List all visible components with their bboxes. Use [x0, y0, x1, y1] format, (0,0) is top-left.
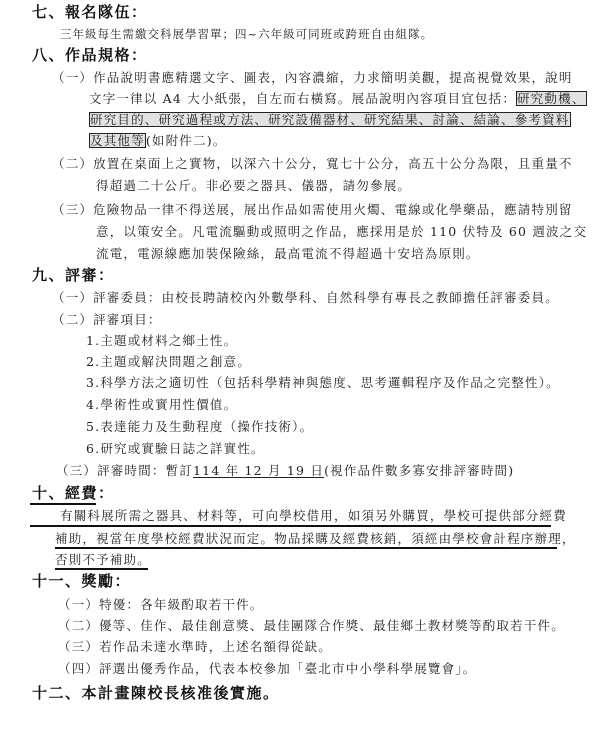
section-8-item-1-line-4: 及其他等(如附件二)。 — [89, 133, 226, 149]
section-8-item-1-line-1: （一）作品說明書應精選文字、圖表，內容濃縮，力求簡明美觀，提高視覺效果，說明 — [52, 70, 573, 86]
section-10-line-2: 補助，視當年度學校經費狀況而定。物品採購及經費核銷，須經由學校會計程序辦理， — [55, 531, 576, 547]
section-10-line-3: 否則不予補助。 — [55, 552, 151, 568]
criteria-item: 2.主題或解決問題之創意。 — [86, 354, 251, 370]
award-item: （三）若作品未達水準時，上述名額得從缺。 — [58, 639, 332, 655]
section-8-item-2-line-1: （二）放置在桌面上之實物，以深六十公分，寬七十公分，高五十公分為限，且重量不 — [52, 156, 573, 172]
criteria-item: 6.研究或實驗日誌之詳實性。 — [86, 441, 265, 457]
highlighted-text: 及其他等 — [89, 133, 146, 148]
section-8-item-1-line-2: 文字一律以 A4 大小紙張，自左而右橫寫。展品說明內容項目宜包括：研究動機、 — [89, 91, 587, 107]
section-8-item-2-line-2: 得超過二十公斤。非必要之器具、儀器，請勿參展。 — [96, 178, 411, 194]
section-8-item-3-line-3: 流電，電源線應加裝保險絲，最高電流不得超過十安培為原則。 — [96, 246, 480, 262]
section-8-heading: 八、作品規格： — [32, 46, 148, 64]
criteria-item: 3.科學方法之適切性（包括科學精神與態度、思考邏輯程序及作品之完整性）。 — [86, 375, 560, 391]
section-8-item-3-line-1: （三）危險物品一律不得送展，展出作品如需使用火燭、電線或化學藥品，應請特別留 — [52, 202, 573, 218]
section-12-heading: 十二、本計畫陳校長核准後實施。 — [32, 684, 280, 702]
section-9-heading: 九、評審： — [32, 266, 115, 284]
review-time-note: (視作品件數多寡安排評審時間) — [324, 463, 514, 478]
section-8-item-3-line-2: 意，以策安全。凡電流驅動或照明之作品，應採用是於 110 伏特及 60 週波之交 — [96, 224, 587, 240]
section-8-item-1-line-3: 研究目的、研究過程或方法、研究設備器材、研究結果、討論、結論、參考資料 — [89, 112, 571, 128]
criteria-item: 4.學術性或實用性價值。 — [86, 397, 237, 413]
text-underline — [55, 568, 148, 570]
section-7-heading: 七、報名隊伍： — [32, 3, 148, 21]
criteria-item: 5.表達能力及生動程度（操作技術）。 — [86, 419, 313, 435]
criteria-item: 1.主題或材料之鄉土性。 — [86, 333, 237, 349]
heading-underline — [30, 503, 96, 505]
highlighted-text: 研究動機、 — [516, 91, 587, 106]
review-date: 114 年 12 月 19 日 — [193, 463, 324, 478]
section-9-item-1: （一）評審委員：由校長聘請校內外數學科、自然科學有專長之教師擔任評審委員。 — [52, 290, 559, 306]
highlighted-text: 研究目的、研究過程或方法、研究設備器材、研究結果、討論、結論、參考資料 — [89, 112, 571, 127]
section-8-item-1-line-2-text: 文字一律以 A4 大小紙張，自左而右橫寫。展品說明內容項目宜包括： — [89, 91, 516, 106]
section-8-item-1-line-4-text: (如附件二)。 — [146, 133, 227, 148]
text-underline — [55, 547, 557, 549]
award-item: （四）評選出優秀作品，代表本校參加「臺北市中小學科學展覽會」。 — [58, 661, 476, 677]
section-9-item-3: （三）評審時間：暫訂114 年 12 月 19 日(視作品件數多寡安排評審時間) — [56, 463, 514, 479]
section-11-heading: 十一、獎勵： — [32, 572, 131, 590]
section-10-line-1: 有關科展所需之器具、材料等，可向學校借用，如須另外購買，學校可提供部分經費 — [60, 508, 567, 524]
award-item: （一）特優：各年級酌取若干件。 — [58, 597, 264, 613]
section-9-item-2: （二）評審項目： — [52, 312, 162, 328]
review-time-label: （三）評審時間：暫訂 — [56, 463, 193, 478]
section-10-heading: 十、經費： — [32, 484, 115, 502]
award-item: （二）優等、佳作、最佳創意獎、最佳團隊合作獎、最佳鄉土教材獎等酌取若干件。 — [58, 618, 565, 634]
text-underline — [30, 525, 551, 527]
section-7-body: 三年級每生需繳交科展學習單；四~六年級可同班或跨班自由組隊。 — [60, 26, 433, 42]
